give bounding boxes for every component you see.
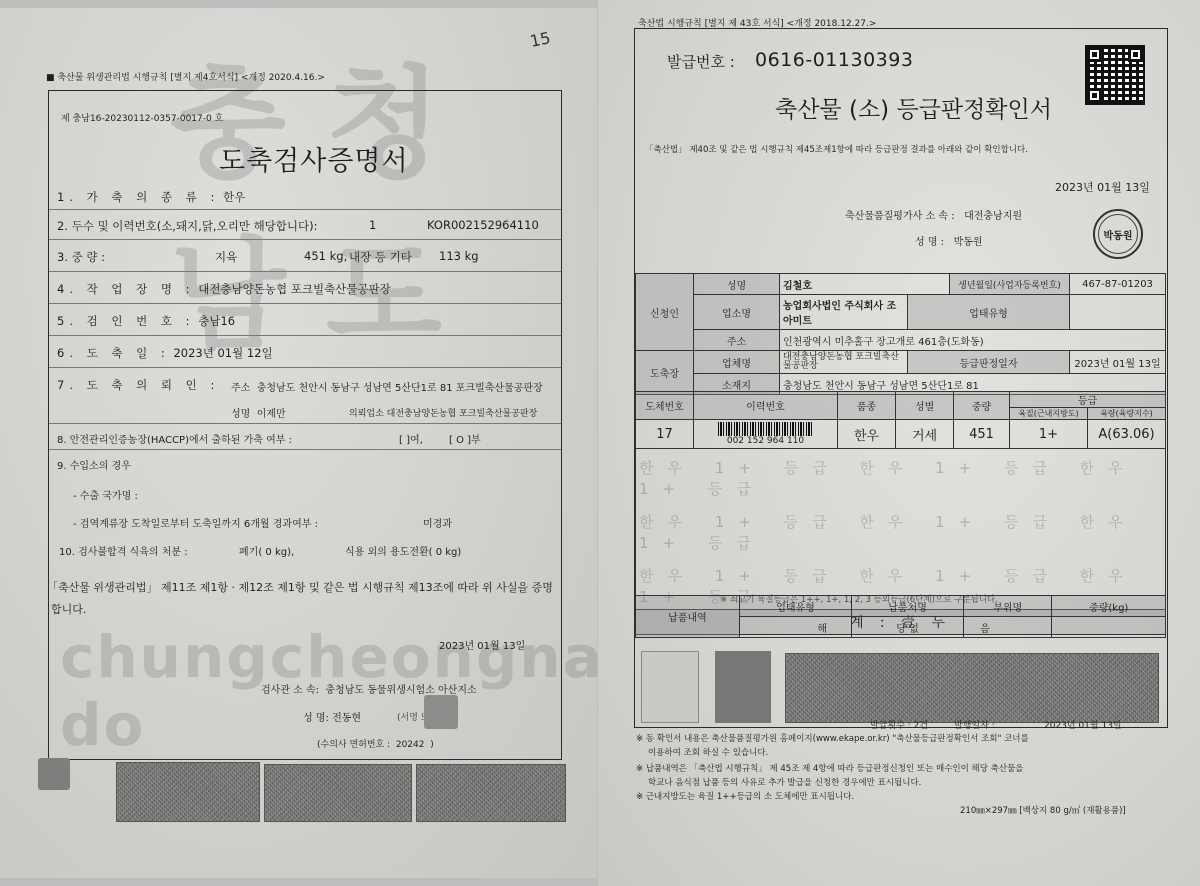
delivery-value: 음 xyxy=(964,617,1052,638)
item-count-trace: 2. 두수 및 이력번호(소,돼지,닭,오리만 해당합니다): xyxy=(57,218,317,234)
slaughterhouse-section-label: 도축장 xyxy=(636,351,694,395)
carcass-grade-certificate: 축산법 시행규칙 [별지 제 43호 서식] <개정 2018.12.27.> … xyxy=(598,0,1200,886)
head-count: 1 xyxy=(369,218,376,232)
item-stamp-number: 5. 검 인 번 호 : 충남16 xyxy=(57,313,235,329)
col-yield: 육량(육량지수) xyxy=(1088,408,1166,420)
issue-date-label: 발행일자 : xyxy=(954,718,995,731)
col-sex: 성별 xyxy=(896,392,954,420)
col-part: 부위명 xyxy=(964,596,1052,617)
delivery-value: 해 xyxy=(740,617,852,638)
col-delivery-weight: 중량(kg) xyxy=(1052,596,1166,617)
carcass-no: 17 xyxy=(636,420,694,449)
grading-date: 2023년 01월 13일 xyxy=(1070,351,1166,374)
birth-label: 생년월일(사업자등록번호) xyxy=(950,274,1070,295)
table-row: 17 002 152 964 110 한우 거세 451 1+ A(63.06) xyxy=(636,420,1166,449)
grader-affiliation: 축산물품질평가사 소 속 : 대전충남지원 xyxy=(845,207,1022,222)
sex: 거세 xyxy=(896,420,954,449)
col-carcass-no: 도체번호 xyxy=(636,392,694,420)
quarantine-period: - 검역계류장 도착일로부터 도축일까지 6개월 경과여부 : xyxy=(73,515,318,530)
redacted-block xyxy=(116,762,260,822)
item-disposal: 10. 검사불합격 식육의 처분 : xyxy=(59,543,188,558)
note-1-cont: 이용하여 조회 하실 수 있습니다. xyxy=(648,746,768,758)
grading-date-label: 등급판정일자 xyxy=(908,351,1070,374)
trace-number: KOR002152964110 xyxy=(427,218,539,232)
business-name-label: 업소명 xyxy=(694,295,780,330)
conversion-value: 식용 외의 용도전환( 0 kg) xyxy=(345,543,461,558)
quarantine-period-value: 미경과 xyxy=(423,515,452,530)
applicant-address-label: 주소 xyxy=(694,330,780,351)
breed: 한우 xyxy=(838,420,896,449)
certification-text-1: 「축산물 위생관리법」 제11조 제1항 · 제12조 제1항 및 같은 법 시… xyxy=(47,579,553,595)
business-name: 농업회사법인 주식회사 조아미트 xyxy=(780,295,908,330)
business-type xyxy=(1070,295,1166,330)
certificate-frame: 제 충남16-20230112-0357-0017-0 호 도축검사증명서 1.… xyxy=(48,90,562,760)
col-recipient: 납품처명 xyxy=(852,596,964,617)
form-header: ■ 축산물 위생관리법 시행규칙 [별지 제4호서식] <개정 2020.4.1… xyxy=(46,70,325,83)
carcass-label: 지육 xyxy=(215,249,237,265)
note-3: ※ 근내지방도는 육질 1++등급의 소 도체에만 표시됩니다. xyxy=(636,790,854,802)
item-haccp: 8. 안전관리인증농장(HACCP)에서 출하된 가축 여부 : xyxy=(57,431,292,446)
col-business-type: 업태유형 xyxy=(740,596,852,617)
delivery-value xyxy=(1052,617,1166,638)
redacted-block xyxy=(264,764,412,822)
export-country: - 수출 국가명 : xyxy=(73,487,138,502)
slaughter-inspection-certificate: 충청남도 chungcheongnam-do ■ 축산물 위생관리법 시행규칙 … xyxy=(0,8,597,878)
company-label: 업체명 xyxy=(694,351,780,374)
item-requester: 7. 도 축 의 뢰 인 : xyxy=(57,377,219,393)
inspector-name: 성 명: 전동현 xyxy=(303,709,361,724)
carcass-weight: 451 kg, xyxy=(304,249,347,263)
intro-text: 「축산법」 제40조 및 같은 법 시행규칙 제45조제1항에 따라 등급판정 … xyxy=(645,143,1028,155)
redacted-block xyxy=(416,764,566,822)
requester-name: 성명 이제만 xyxy=(231,405,286,420)
disposal-value: 폐기( 0 kg), xyxy=(239,543,294,558)
item-species: 1. 가 축 의 종 류 : 한우 xyxy=(57,189,245,205)
paper-spec: 210㎜×297㎜ [백상지 80 g/㎡ (재활용품)] xyxy=(960,804,1126,816)
issue-number: 0616-01130393 xyxy=(755,49,913,71)
applicant-name-label: 성명 xyxy=(694,274,780,295)
col-quality: 육질(근내지방도) xyxy=(1010,408,1088,420)
col-breed: 품종 xyxy=(838,392,896,420)
note-1: ※ 동 확인서 내용은 축산물품질평가원 홈페이지(www.ekape.or.k… xyxy=(636,732,1029,744)
offal-label: 내장 등 기타 xyxy=(349,249,412,265)
grader-stamp: 박동원 xyxy=(1093,209,1143,259)
qr-code-icon xyxy=(1085,45,1145,105)
col-grade: 등급 xyxy=(1010,392,1166,408)
item-weight-label: 3. 중 량 : xyxy=(57,249,105,265)
applicant-name: 김철호 xyxy=(780,274,950,295)
certificate-number: 제 충남16-20230112-0357-0017-0 호 xyxy=(61,111,223,124)
haccp-yes: [ ]여, xyxy=(399,431,423,446)
company-name: 대전충남양돈농협 포크빌축산물공판장 xyxy=(780,351,908,374)
note-2-cont: 학교나 음식점 납품 등의 사유로 추가 발급을 신청한 경우에만 표시됩니다. xyxy=(648,776,921,788)
cert-date: 2023년 01월 13일 xyxy=(1055,179,1150,195)
yield-grade: A(63.06) xyxy=(1088,420,1166,449)
col-trace-no: 이력번호 xyxy=(694,392,838,420)
item-slaughter-date: 6. 도 축 일 : 2023년 01월 12일 xyxy=(57,345,273,361)
redacted-block xyxy=(715,651,771,723)
redacted-block xyxy=(785,653,1159,723)
issue-date: 2023년 01월 13일 xyxy=(1044,718,1122,731)
item-imported: 9. 수입소의 경우 xyxy=(57,457,131,472)
issue-date: 2023년 01월 13일 xyxy=(439,637,525,652)
handwritten-mark: 15 xyxy=(528,28,552,51)
requester-address: 주소 충청남도 천안시 동남구 성남면 5산단1로 81 포크빌축산물공판장 xyxy=(231,379,543,394)
page-title: 도축검사증명서 xyxy=(219,139,409,178)
delivery-value: 당 없 xyxy=(852,617,964,638)
haccp-no: [ O ]부 xyxy=(449,431,481,446)
col-weight: 중량 xyxy=(954,392,1010,420)
official-seal xyxy=(424,695,458,729)
issue-number-label: 발급번호 : xyxy=(667,51,735,72)
inspector-affiliation: 검사관 소 속: 충청남도 동물위생시험소 아산지소 xyxy=(261,681,477,696)
applicant-section-label: 신청인 xyxy=(636,274,694,351)
requester-business: 의뢰업소 대전충남양돈농협 포크빌축산물공판장 xyxy=(349,406,537,419)
issue-count: 발급횟수 : 2건 xyxy=(870,718,928,731)
certificate-frame: 발급번호 : 0616-01130393 축산물 (소) 등급판정확인서 「축산… xyxy=(634,28,1168,728)
barcode-icon xyxy=(718,422,814,436)
redacted-block xyxy=(641,651,699,723)
quality-grade: 1+ xyxy=(1010,420,1088,449)
trace-barcode: 002 152 964 110 xyxy=(694,420,838,449)
offal-weight: 113 kg xyxy=(439,249,479,263)
page-title: 축산물 (소) 등급판정확인서 xyxy=(775,91,1052,124)
applicant-address: 인천광역시 미추홀구 장고개로 461층(도화동) xyxy=(780,330,1166,351)
note-2: ※ 납품내역은 「축산법 시행규칙」 제 45조 제 4항에 따라 등급판정신청… xyxy=(636,762,1024,774)
business-reg-number: 467-87-01203 xyxy=(1070,274,1166,295)
license-number: (수의사 면허번호 : 20242 ) xyxy=(317,737,434,750)
qr-redacted-icon xyxy=(38,758,70,790)
delivery-section-label: 납품내역 xyxy=(636,596,740,638)
grader-name: 성 명 : 박동원 xyxy=(915,233,983,248)
weight: 451 xyxy=(954,420,1010,449)
security-pattern: 한우 1+ 등급 한우 1+ 등급 한우 1+ 등급 한우 1+ 등급 한우 1… xyxy=(636,449,1166,610)
item-workplace: 4. 작 업 장 명 : 대전충남양돈농협 포크빌축산물공판장 xyxy=(57,281,391,297)
delivery-table: 납품내역 업태유형 납품처명 부위명 중량(kg) 해 당 없 음 xyxy=(635,595,1166,638)
business-type-label: 업태유형 xyxy=(908,295,1070,330)
certification-text-2: 합니다. xyxy=(51,601,86,617)
applicant-table: 신청인 성명 김철호 생년월일(사업자등록번호) 467-87-01203 업소… xyxy=(635,273,1166,395)
